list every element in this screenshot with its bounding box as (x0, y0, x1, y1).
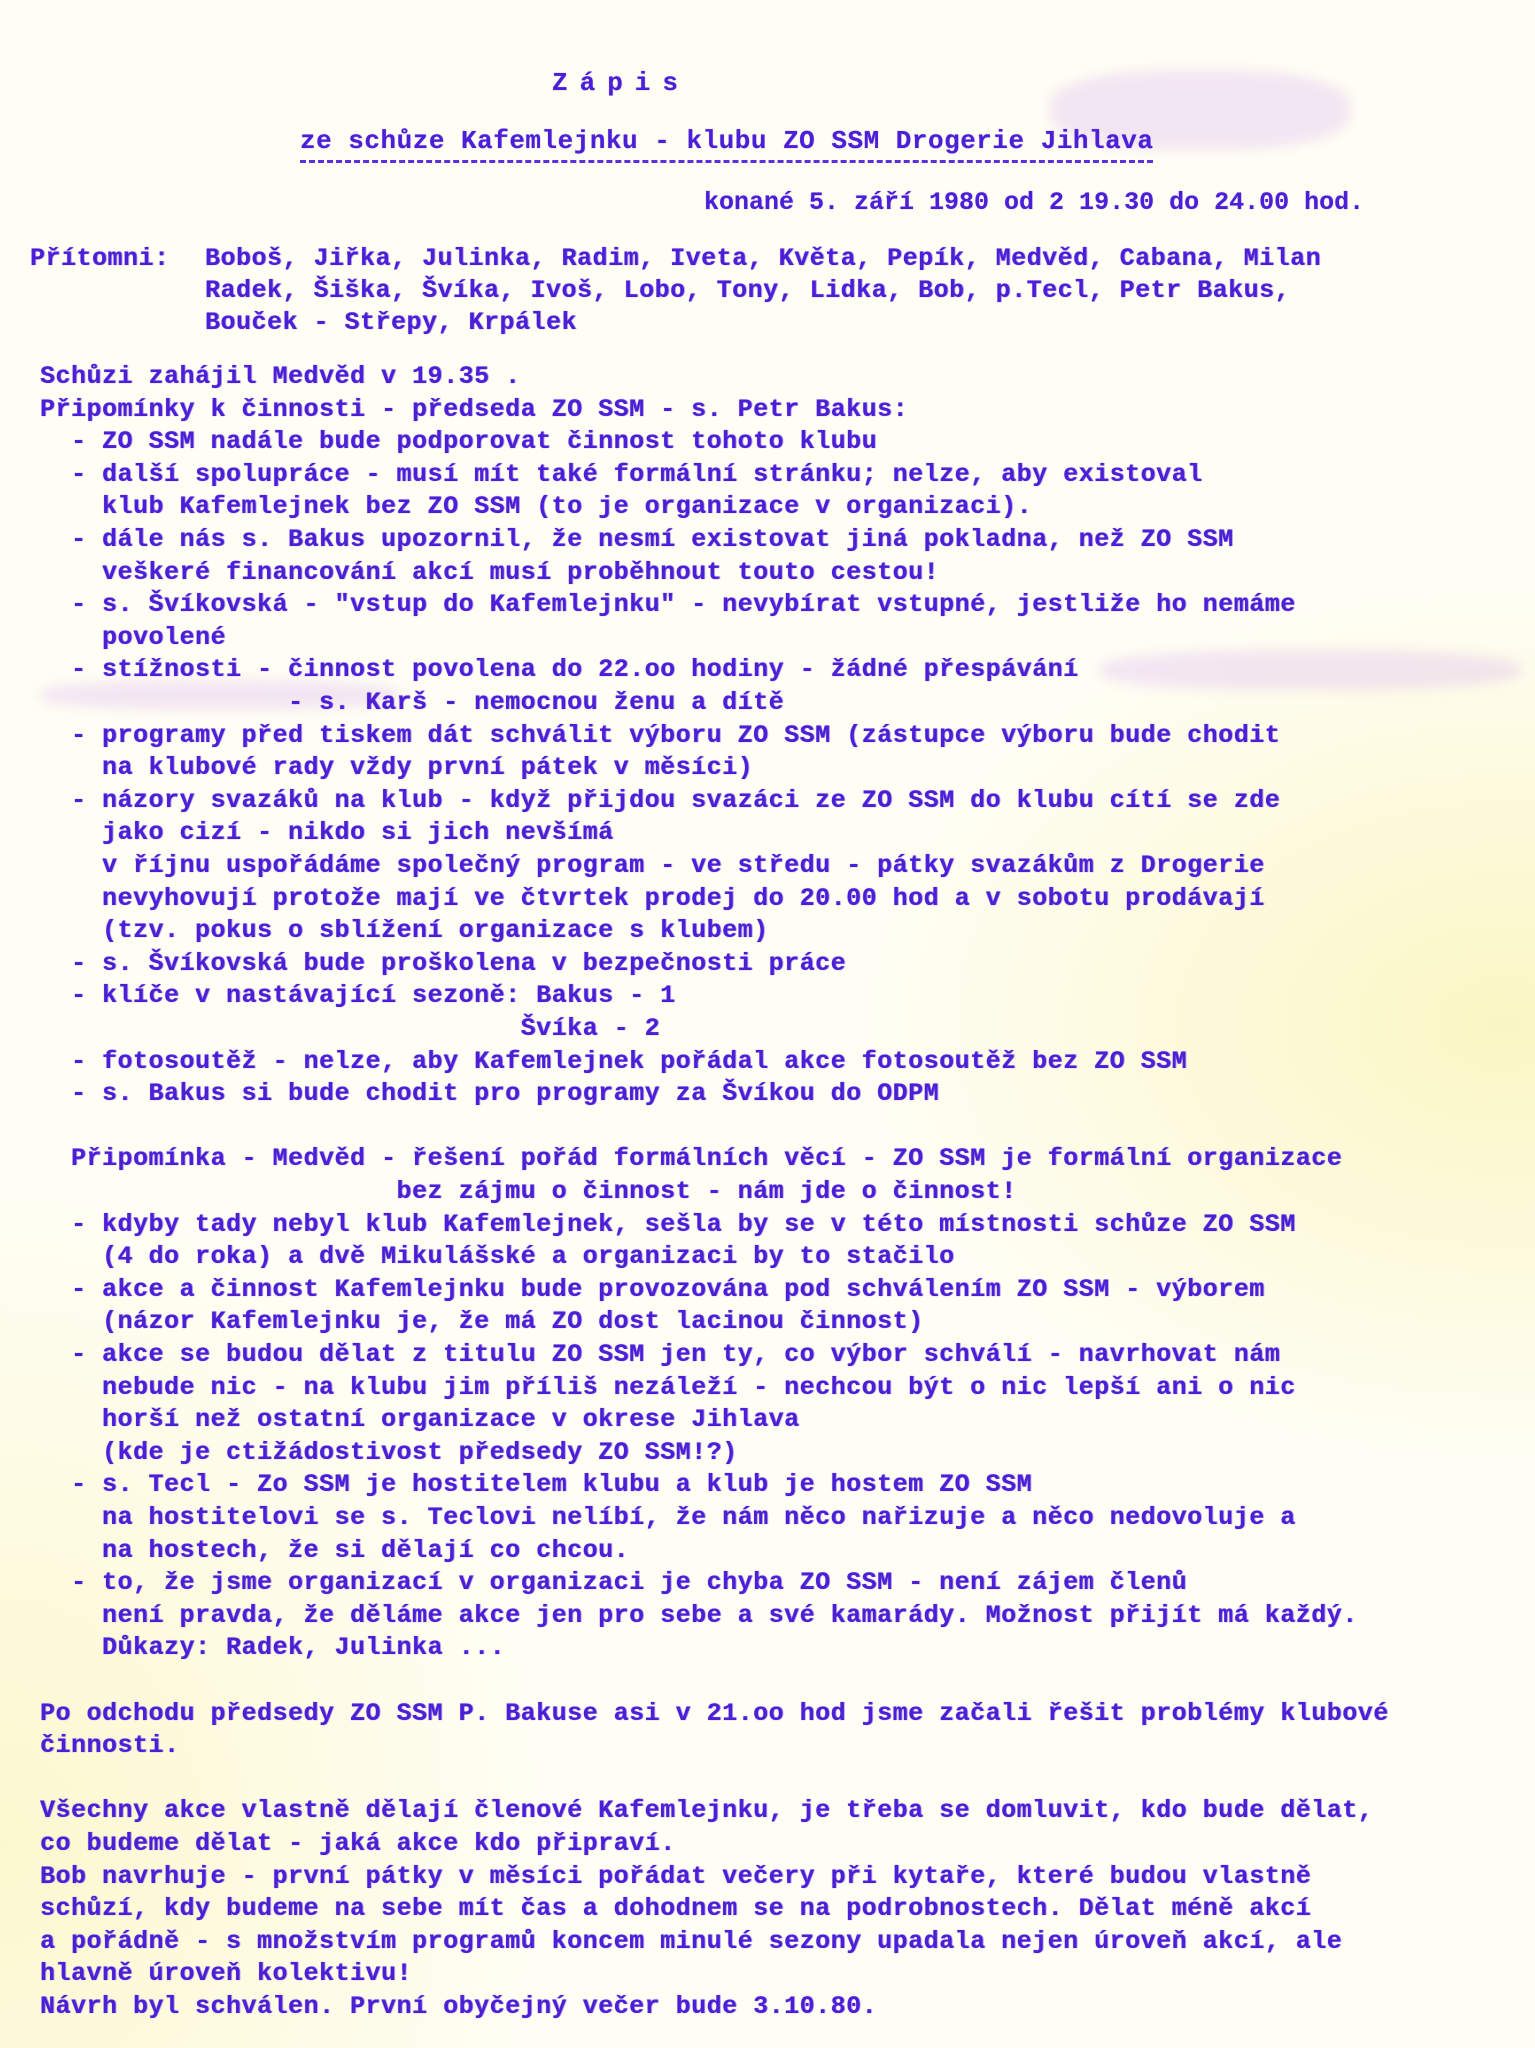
minutes-line: - stížnosti - činnost povolena do 22.oo … (40, 655, 1079, 684)
minutes-line: Po odchodu předsedy ZO SSM P. Bakuse asi… (40, 1699, 1389, 1728)
minutes-line: - s. Karš - nemocnou ženu a dítě (40, 688, 784, 717)
minutes-line: bez zájmu o činnost - nám jde o činnost! (40, 1177, 1017, 1206)
attendance-line: Bouček - Střepy, Krpálek (205, 308, 577, 337)
minutes-line: v říjnu uspořádáme společný program - ve… (40, 851, 1265, 880)
minutes-line: činnosti. (40, 1731, 180, 1760)
minutes-line: Návrh byl schválen. První obyčejný večer… (40, 1992, 877, 2021)
minutes-line: Bob navrhuje - první pátky v měsíci pořá… (40, 1862, 1311, 1891)
meeting-date: konané 5. září 1980 od 2 19.30 do 24.00 … (704, 188, 1364, 217)
attendance-label: Přítomni: (30, 244, 170, 273)
minutes-line: Důkazy: Radek, Julinka ... (40, 1633, 505, 1662)
minutes-line: - kdyby tady nebyl klub Kafemlejnek, seš… (40, 1210, 1296, 1239)
minutes-line: - s. Bakus si bude chodit pro programy z… (40, 1079, 939, 1108)
minutes-line: - programy před tiskem dát schválit výbo… (40, 721, 1280, 750)
document-title: Zápis (552, 68, 690, 98)
minutes-line: Připomínky k činnosti - předseda ZO SSM … (40, 395, 908, 424)
minutes-line: povolené (40, 623, 226, 652)
document-subtitle: ze schůze Kafemlejnku - klubu ZO SSM Dro… (300, 126, 1153, 163)
minutes-line: na hostitelovi se s. Teclovi nelíbí, že … (40, 1503, 1296, 1532)
minutes-line: - fotosoutěž - nelze, aby Kafemlejnek po… (40, 1047, 1187, 1076)
minutes-line: - dále nás s. Bakus upozornil, že nesmí … (40, 525, 1234, 554)
minutes-line: není pravda, že děláme akce jen pro sebe… (40, 1601, 1358, 1630)
minutes-line: Schůzi zahájil Medvěd v 19.35 . (40, 362, 521, 391)
minutes-line: nebude nic - na klubu jim příliš nezálež… (40, 1373, 1296, 1402)
minutes-line: - s. Tecl - Zo SSM je hostitelem klubu a… (40, 1470, 1032, 1499)
minutes-line: - klíče v nastávající sezoně: Bakus - 1 (40, 981, 676, 1010)
document-page: Zápis ze schůze Kafemlejnku - klubu ZO S… (0, 0, 1535, 2048)
minutes-line: co budeme dělat - jaká akce kdo připraví… (40, 1829, 676, 1858)
minutes-line: Připomínka - Medvěd - řešení pořád formá… (40, 1144, 1342, 1173)
minutes-line: nevyhovují protože mají ve čtvrtek prode… (40, 884, 1265, 913)
attendance-line: Radek, Šiška, Švíka, Ivoš, Lobo, Tony, L… (205, 276, 1290, 305)
minutes-line: - akce se budou dělat z titulu ZO SSM je… (40, 1340, 1280, 1369)
attendance-line: Boboš, Jiřka, Julinka, Radim, Iveta, Kvě… (205, 244, 1321, 273)
minutes-line: na klubové rady vždy první pátek v měsíc… (40, 753, 753, 782)
minutes-line: - názory svazáků na klub - když přijdou … (40, 786, 1280, 815)
minutes-line: - ZO SSM nadále bude podporovat činnost … (40, 427, 877, 456)
minutes-line: - to, že jsme organizací v organizaci je… (40, 1568, 1187, 1597)
minutes-line: jako cizí - nikdo si jich nevšímá (40, 818, 614, 847)
minutes-line: Všechny akce vlastně dělají členové Kafe… (40, 1796, 1373, 1825)
minutes-line: a pořádně - s množstvím programů koncem … (40, 1927, 1342, 1956)
minutes-line: schůzí, kdy budeme na sebe mít čas a doh… (40, 1894, 1311, 1923)
minutes-line: - s. Švíkovská - "vstup do Kafemlejnku" … (40, 590, 1296, 619)
minutes-line: - s. Švíkovská bude proškolena v bezpečn… (40, 949, 846, 978)
minutes-line: (kde je ctižádostivost předsedy ZO SSM!?… (40, 1438, 738, 1467)
minutes-line: horší než ostatní organizace v okrese Ji… (40, 1405, 800, 1434)
ink-smudge (1100, 650, 1520, 690)
minutes-line: na hostech, že si dělají co chcou. (40, 1536, 629, 1565)
minutes-line: veškeré financování akcí musí proběhnout… (40, 558, 939, 587)
minutes-line: Švíka - 2 (40, 1014, 660, 1043)
minutes-line: (názor Kafemlejnku je, že má ZO dost lac… (40, 1307, 924, 1336)
minutes-line: (tzv. pokus o sblížení organizace s klub… (40, 916, 769, 945)
minutes-line: - další spolupráce - musí mít také formá… (40, 460, 1203, 489)
minutes-line: klub Kafemlejnek bez ZO SSM (to je organ… (40, 492, 1032, 521)
minutes-line: (4 do roka) a dvě Mikulášské a organizac… (40, 1242, 955, 1271)
minutes-line: hlavně úroveň kolektivu! (40, 1959, 412, 1988)
minutes-line: - akce a činnost Kafemlejnku bude provoz… (40, 1275, 1265, 1304)
